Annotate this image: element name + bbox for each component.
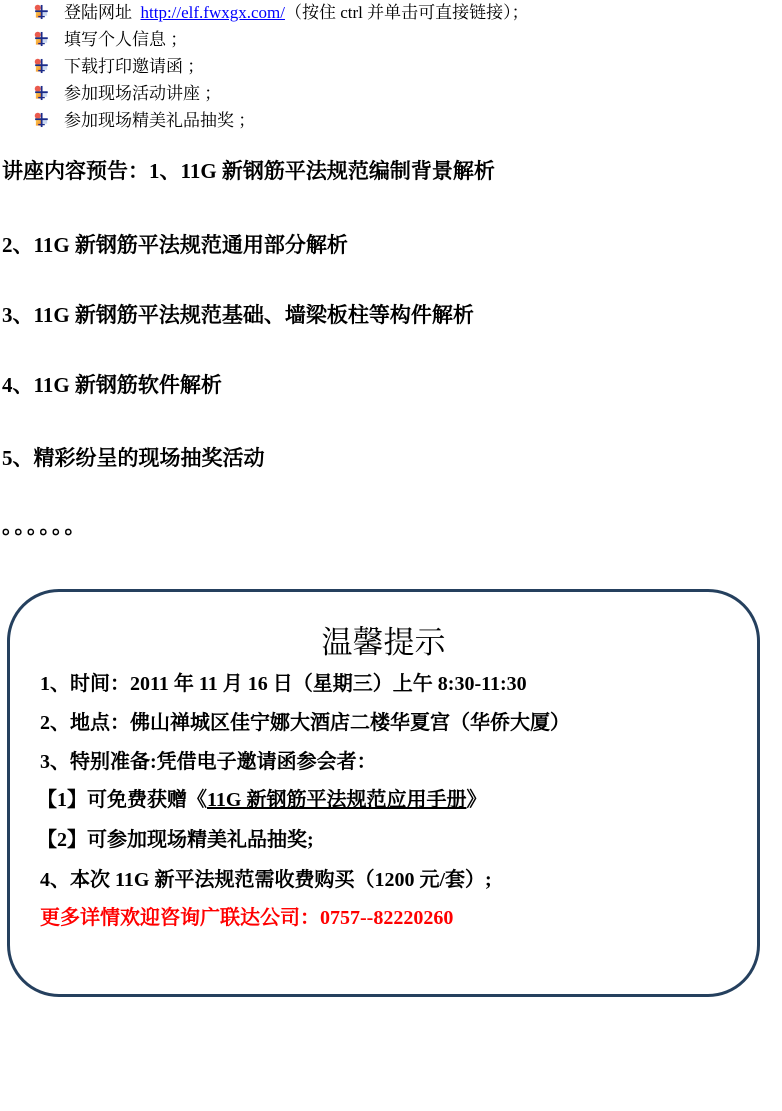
ellipsis-line: 。。。。。。 [2, 510, 88, 540]
colored-cross-bullet-icon [34, 58, 49, 74]
gift1-suffix: 》 [466, 789, 486, 811]
notice-line-prepare: 3、特别准备:凭借电子邀请函参会者： [40, 750, 745, 774]
lecture-preview-heading: 讲座内容预告：1、11G 新钢筋平法规范编制背景解析 [2, 158, 495, 184]
lecture-item-3: 3、11G 新钢筋平法规范基础、墙梁板柱等构件解析 [2, 302, 474, 328]
bullet-text: 参加现场精美礼品抽奖 ； [64, 109, 255, 133]
bullet-item-attend-lecture: 参加现场活动讲座 ； [34, 82, 529, 109]
lecture-item-2: 2、11G 新钢筋平法规范通用部分解析 [2, 232, 348, 258]
bullet-list: 登陆网址 http://elf.fwxgx.com/（按住 ctrl 并单击可直… [34, 1, 529, 136]
bullet-text: 填写个人信息 ； [64, 28, 187, 52]
notice-line-place: 2、地点：佛山禅城区佳宁娜大酒店二楼华夏宫（华侨大厦） [40, 711, 745, 735]
colored-cross-bullet-icon [34, 112, 49, 128]
lecture-item-4: 4、11G 新钢筋软件解析 [2, 372, 222, 398]
bullet-item-website: 登陆网址 http://elf.fwxgx.com/（按住 ctrl 并单击可直… [34, 1, 529, 28]
bullet-text: 参加现场活动讲座 ； [64, 82, 221, 106]
bullet-text-prefix: 登陆网址 [64, 1, 141, 25]
gift1-book-title: 11G 新钢筋平法规范应用手册 [207, 789, 466, 811]
notice-line-time: 1、时间：2011 年 11 月 16 日（星期三）上午 8:30-11:30 [40, 672, 745, 696]
notice-box: 温馨提示 1、时间：2011 年 11 月 16 日（星期三）上午 8:30-1… [7, 589, 760, 997]
bullet-item-lucky-draw: 参加现场精美礼品抽奖 ； [34, 109, 529, 136]
colored-cross-bullet-icon [34, 4, 49, 20]
website-link[interactable]: http://elf.fwxgx.com/ [141, 1, 285, 25]
bullet-item-fill-info: 填写个人信息 ； [34, 28, 529, 55]
colored-cross-bullet-icon [34, 31, 49, 47]
notice-hotline: 更多详情欢迎咨询广联达公司：0757--82220260 [40, 906, 745, 930]
bullet-text: 下载打印邀请函 ； [64, 55, 204, 79]
gift1-prefix: 【1】可免费获赠《 [37, 789, 207, 811]
lecture-item-5: 5、精彩纷呈的现场抽奖活动 [2, 445, 265, 471]
notice-title: 温馨提示 [10, 617, 757, 662]
colored-cross-bullet-icon [34, 85, 49, 101]
bullet-item-download-invitation: 下载打印邀请函 ； [34, 55, 529, 82]
notice-line-gift1: 【1】可免费获赠《11G 新钢筋平法规范应用手册》 [37, 788, 745, 812]
bullet-text-suffix: （按住 ctrl 并单击可直接链接）； [285, 1, 529, 25]
notice-line-price: 4、本次 11G 新平法规范需收费购买（1200 元/套）; [40, 868, 745, 892]
notice-line-gift2: 【2】可参加现场精美礼品抽奖; [37, 828, 745, 852]
